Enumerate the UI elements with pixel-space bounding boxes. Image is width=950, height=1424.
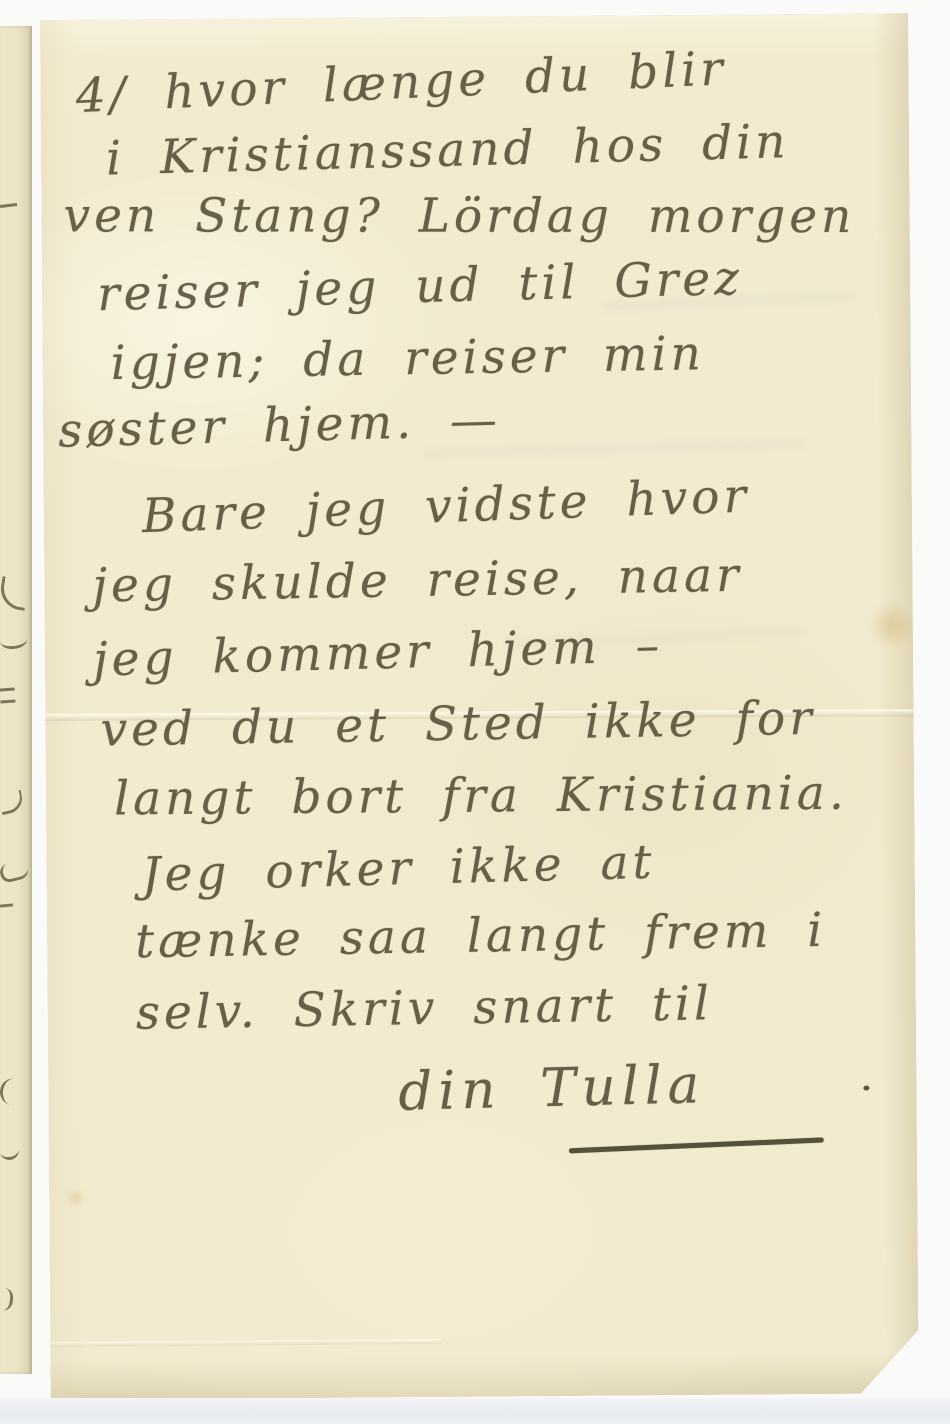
- paper-stain: [869, 599, 915, 651]
- scanned-letter-canvas: { "document": { "kind": "scanned handwri…: [0, 0, 950, 1424]
- ink-fragment: [0, 631, 28, 651]
- paper-stain: [65, 1188, 87, 1208]
- signature-underline: [569, 1137, 824, 1153]
- letter-line: Jeg orker ikke at: [141, 835, 656, 903]
- letter-line: selv. Skriv snart til: [135, 976, 713, 1041]
- scanner-background-band: [0, 1398, 950, 1424]
- letter-line: tænke saa langt frem i: [135, 903, 827, 969]
- ink-fragment: [0, 1142, 20, 1161]
- letter-line: jeg kommer hjem –: [92, 618, 663, 687]
- ink-fragment: [0, 903, 13, 907]
- letter-line: igjen; da reiser min: [110, 326, 705, 391]
- signature: din Tulla: [398, 1054, 706, 1123]
- ink-fragment: [0, 203, 17, 208]
- letter-line: i Kristianssand hos din: [105, 114, 790, 186]
- facing-page-edge: [0, 26, 32, 1374]
- ink-fragment: [0, 859, 30, 884]
- letter-line: 4/ hvor længe du blir: [75, 41, 728, 124]
- ink-dot: [863, 1086, 869, 1091]
- letter-line: reiser jeg ud til Grez: [97, 251, 744, 322]
- ink-fragment: [0, 687, 16, 703]
- ink-fragment: [0, 576, 29, 611]
- fold-crease-bottom: [50, 1339, 441, 1347]
- ink-fragment: [0, 1077, 23, 1107]
- letter-line: Bare jeg vidste hvor: [141, 468, 751, 544]
- ink-fragment: [0, 1287, 14, 1311]
- letter-line: ved du et Sted ikke for: [100, 691, 816, 758]
- letter-line: ven Stang? Lördag morgen: [64, 188, 856, 244]
- letter-line: langt bort fra Kristiania.: [114, 766, 848, 827]
- letter-line: jeg skulde reise, naar: [92, 548, 743, 614]
- ink-fragment: [0, 790, 25, 815]
- letter-page: 4/ hvor længe du blir i Kristianssand ho…: [40, 13, 919, 1400]
- letter-line: søster hjem. —: [58, 393, 502, 459]
